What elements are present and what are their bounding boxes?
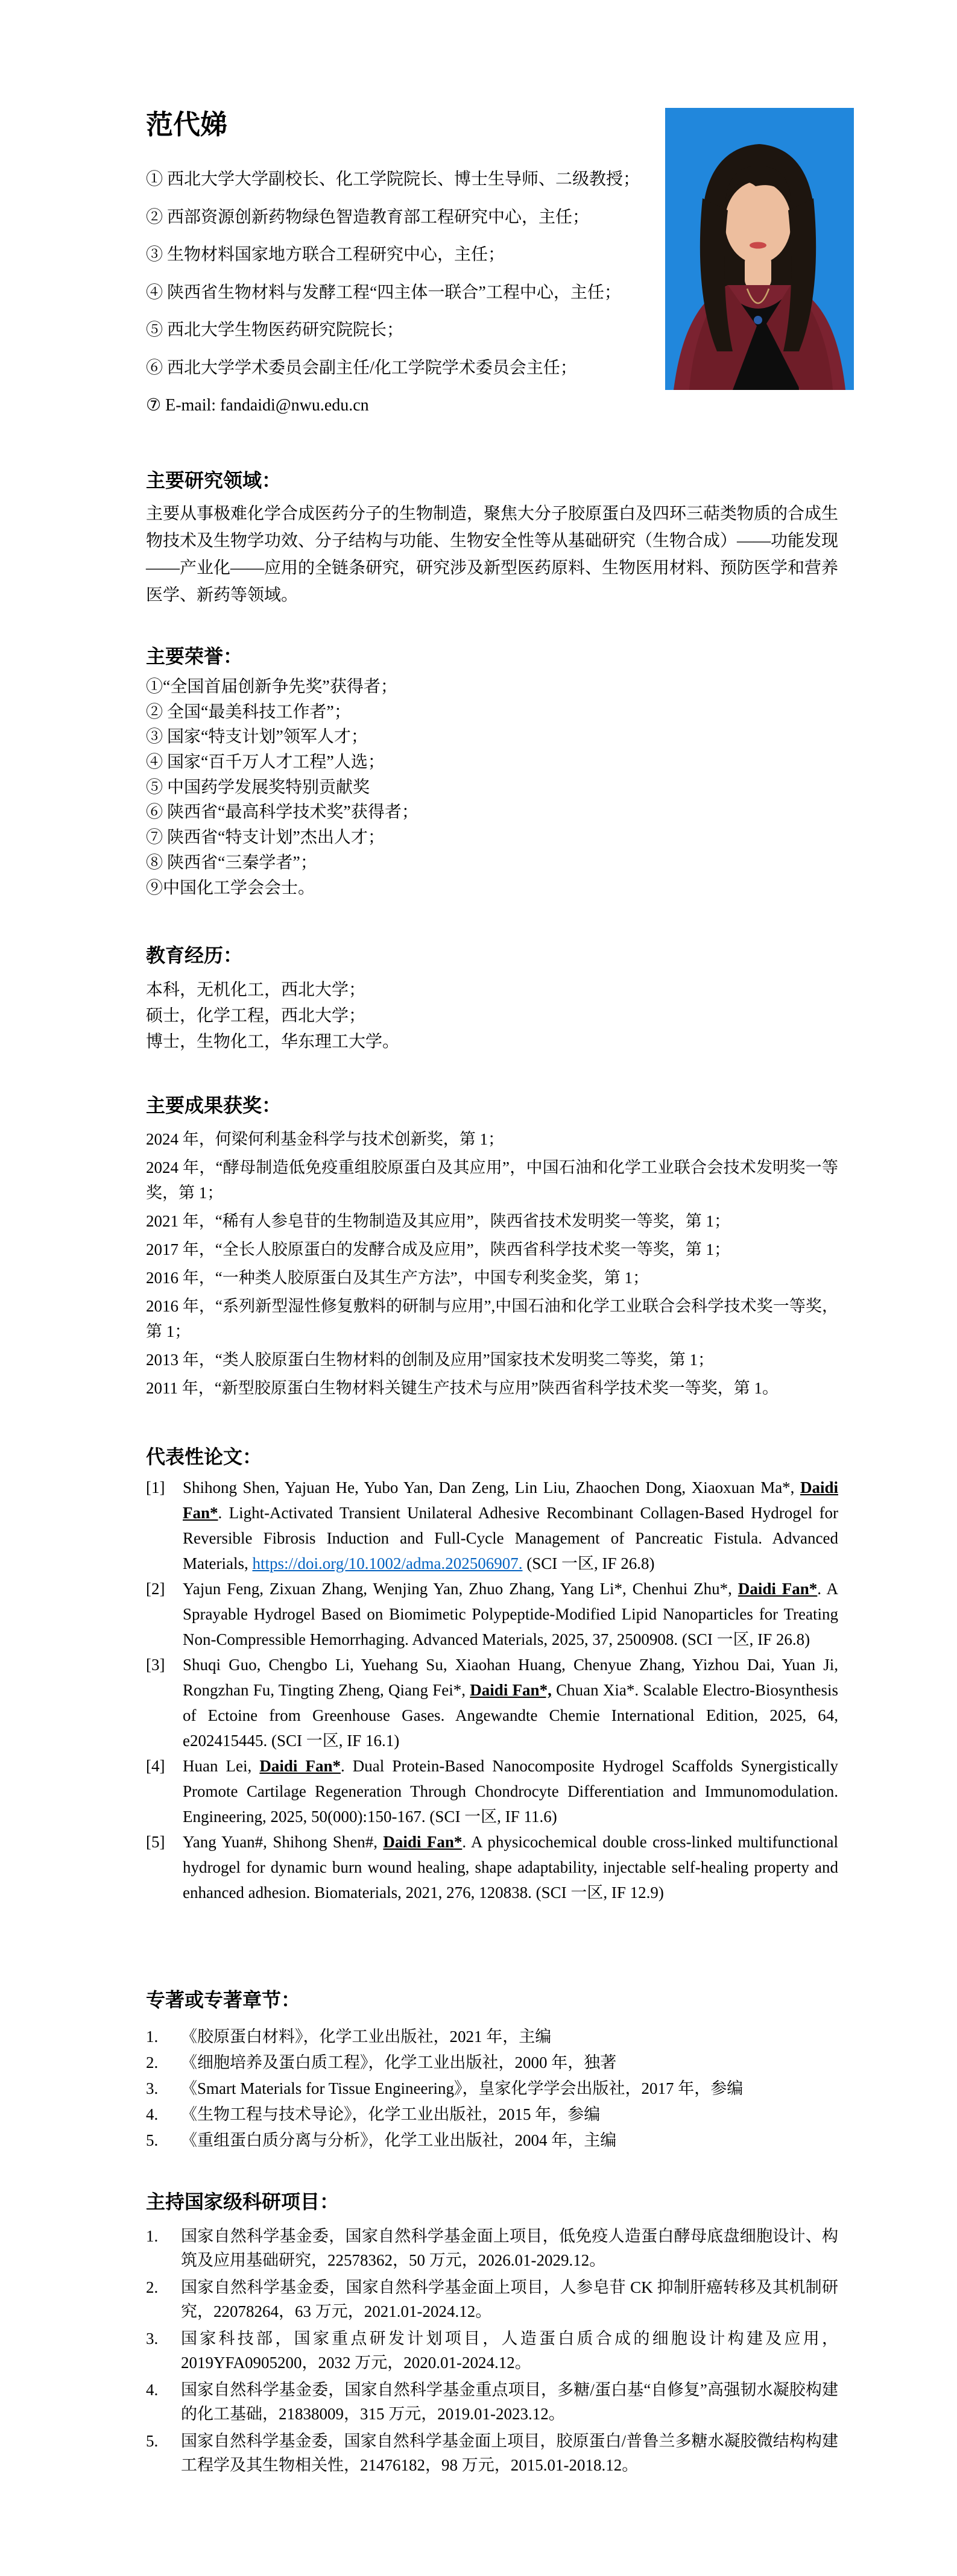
section-heading-research: 主要研究领域： [146, 470, 281, 492]
book-item: 1.《胶原蛋白材料》，化学工业出版社，2021 年，主编 [146, 2024, 870, 2050]
item-text: 国家自然科学基金委，国家自然科学基金面上项目，人参皂苷 CK 抑制肝癌转移及其机… [181, 2278, 838, 2320]
intro-item: ⑦ E-mail: fandaidi@nwu.edu.cn [146, 387, 689, 425]
item-number: 5. [146, 2128, 158, 2153]
item-text: 《胶原蛋白材料》，化学工业出版社，2021 年，主编 [181, 2028, 551, 2046]
intro-item: ② 西部资源创新药物绿色智造教育部工程研究中心，主任； [146, 199, 689, 237]
award-item: 2024 年，“酵母制造低免疫重组胶原蛋白及其应用”，中国石油和化学工业联合会技… [146, 1155, 838, 1205]
text-segment: Huan Lei, [183, 1757, 259, 1775]
item-text: 国家自然科学基金委，国家自然科学基金重点项目，多糖/蛋白基“自修复”高强韧水凝胶… [181, 2381, 838, 2423]
item-number: 1. [146, 2024, 158, 2050]
item-number: 2. [146, 2050, 158, 2076]
education-item: 硕士，化学工程，西北大学； [146, 1003, 838, 1029]
section-heading-projects: 主持国家级科研项目： [146, 2191, 339, 2213]
item-number: [3] [146, 1652, 165, 1677]
award-item: 2013 年，“类人胶原蛋白生物材料的创制及应用”国家技术发明奖二等奖，第 1； [146, 1347, 838, 1372]
item-text: 国家自然科学基金委，国家自然科学基金面上项目，低免疫人造蛋白酵母底盘细胞设计、构… [181, 2227, 838, 2269]
item-number: 3. [146, 2076, 158, 2102]
page-title: 范代娣 [146, 108, 227, 141]
award-item: 2024 年，何梁何利基金科学与技术创新奖，第 1； [146, 1126, 838, 1152]
honor-item: ⑥ 陕西省“最高科学技术奖”获得者； [146, 800, 838, 825]
honor-item: ⑨中国化工学会会士。 [146, 876, 838, 901]
intro-title-list: ① 西北大学大学副校长、化工学院院长、博士生导师、二级教授；② 西部资源创新药物… [146, 161, 689, 425]
item-text: 《生物工程与技术导论》，化学工业出版社，2015 年，参编 [181, 2105, 600, 2123]
section-heading-publications: 代表性论文： [146, 1446, 262, 1468]
item-number: [4] [146, 1753, 165, 1779]
publication-item: [2]Yajun Feng, Zixuan Zhang, Wenjing Yan… [146, 1576, 838, 1652]
publication-item: [5]Yang Yuan#, Shihong Shen#, Daidi Fan*… [146, 1829, 838, 1905]
doi-link[interactable]: https://doi.org/10.1002/adma.202506907. [252, 1554, 522, 1572]
author-daidi-fan: Daidi Fan*, [470, 1681, 552, 1699]
honor-item: ①“全国首届创新争先奖”获得者； [146, 674, 838, 700]
award-item: 2017 年，“全长人胶原蛋白的发酵合成及应用”，陕西省科学技术奖一等奖，第 1… [146, 1237, 838, 1262]
book-item: 3.《Smart Materials for Tissue Engineerin… [146, 2076, 870, 2102]
text-segment: Shihong Shen, Yajuan He, Yubo Yan, Dan Z… [183, 1478, 800, 1497]
author-daidi-fan: Daidi Fan* [738, 1580, 817, 1598]
award-item: 2021 年，“稀有人参皂苷的生物制造及其应用”，陕西省技术发明奖一等奖，第 1… [146, 1208, 838, 1234]
book-item: 2.《细胞培养及蛋白质工程》，化学工业出版社，2000 年，独著 [146, 2050, 870, 2076]
project-item: 1.国家自然科学基金委，国家自然科学基金面上项目，低免疫人造蛋白酵母底盘细胞设计… [146, 2224, 838, 2272]
item-text: 《重组蛋白质分离与分析》，化学工业出版社，2004 年，主编 [181, 2131, 616, 2149]
intro-item: ⑤ 西北大学生物医药研究院院长； [146, 312, 689, 350]
award-item: 2016 年，“一种类人胶原蛋白及其生产方法”，中国专利奖金奖，第 1； [146, 1265, 838, 1290]
projects-list: 1.国家自然科学基金委，国家自然科学基金面上项目，低免疫人造蛋白酵母底盘细胞设计… [146, 2224, 838, 2480]
education-list: 本科，无机化工，西北大学；硕士，化学工程，西北大学；博士，生物化工，华东理工大学… [146, 977, 838, 1055]
project-item: 5.国家自然科学基金委，国家自然科学基金面上项目，胶原蛋白/普鲁兰多糖水凝胶微结… [146, 2429, 838, 2477]
lips-shape [750, 242, 766, 249]
project-item: 2.国家自然科学基金委，国家自然科学基金面上项目，人参皂苷 CK 抑制肝癌转移及… [146, 2275, 838, 2323]
text-segment: (SCI 一区, IF 26.8) [522, 1554, 654, 1572]
section-heading-books: 专著或专著章节： [146, 1989, 300, 2011]
item-text: 国家自然科学基金委，国家自然科学基金面上项目，胶原蛋白/普鲁兰多糖水凝胶微结构构… [181, 2432, 838, 2474]
honors-list: ①“全国首届创新争先奖”获得者；② 全国“最美科技工作者”；③ 国家“特支计划”… [146, 674, 838, 900]
neck-shape [745, 254, 771, 289]
intro-item: ④ 陕西省生物材料与发酵工程“四主体一联合”工程中心，主任； [146, 274, 689, 312]
item-number: 3. [146, 2326, 158, 2351]
portrait-photo [665, 108, 854, 390]
item-number: 4. [146, 2378, 158, 2402]
section-heading-education: 教育经历： [146, 944, 242, 967]
honor-item: ⑦ 陕西省“特支计划”杰出人才； [146, 825, 838, 850]
honor-item: ② 全国“最美科技工作者”； [146, 700, 838, 725]
award-item: 2011 年，“新型胶原蛋白生物材料关键生产技术与应用”陕西省科学技术奖一等奖，… [146, 1375, 838, 1401]
item-text: 《Smart Materials for Tissue Engineering》… [181, 2079, 743, 2097]
honor-item: ⑤ 中国药学发展奖特别贡献奖 [146, 775, 838, 800]
item-number: [1] [146, 1475, 165, 1500]
education-item: 博士，生物化工，华东理工大学。 [146, 1029, 838, 1055]
item-text: 《细胞培养及蛋白质工程》，化学工业出版社，2000 年，独著 [181, 2053, 616, 2072]
publication-item: [4]Huan Lei, Daidi Fan*. Dual Protein-Ba… [146, 1753, 838, 1829]
cv-page: 范代娣 ① 西北大学大学副校长、化工学院院长、博士生导师、二级教授；② 西部资源… [0, 0, 957, 2576]
books-list: 1.《胶原蛋白材料》，化学工业出版社，2021 年，主编2.《细胞培养及蛋白质工… [146, 2024, 870, 2153]
intro-item: ① 西北大学大学副校长、化工学院院长、博士生导师、二级教授； [146, 161, 689, 199]
education-item: 本科，无机化工，西北大学； [146, 977, 838, 1003]
book-item: 5.《重组蛋白质分离与分析》，化学工业出版社，2004 年，主编 [146, 2128, 870, 2153]
honor-item: ③ 国家“特支计划”领军人才； [146, 724, 838, 750]
text-segment: Yajun Feng, Zixuan Zhang, Wenjing Yan, Z… [183, 1580, 738, 1598]
publication-item: [1]Shihong Shen, Yajuan He, Yubo Yan, Da… [146, 1475, 838, 1576]
honor-item: ⑧ 陕西省“三秦学者”； [146, 850, 838, 876]
text-segment: Yang Yuan#, Shihong Shen#, [183, 1833, 383, 1851]
item-text: 国家科技部，国家重点研发计划项目，人造蛋白质合成的细胞设计构建及应用，2019Y… [181, 2329, 838, 2372]
publication-item: [3]Shuqi Guo, Chengbo Li, Yuehang Su, Xi… [146, 1652, 838, 1753]
item-number: [5] [146, 1829, 165, 1855]
publications-list: [1]Shihong Shen, Yajuan He, Yubo Yan, Da… [146, 1475, 838, 1905]
section-heading-honors: 主要荣誉： [146, 646, 242, 668]
honor-item: ④ 国家“百千万人才工程”人选； [146, 750, 838, 775]
awards-list: 2024 年，何梁何利基金科学与技术创新奖，第 1；2024 年，“酵母制造低免… [146, 1126, 838, 1404]
book-item: 4.《生物工程与技术导论》，化学工业出版社，2015 年，参编 [146, 2102, 870, 2128]
face-shape [725, 181, 791, 263]
section-heading-awards: 主要成果获奖： [146, 1095, 281, 1117]
item-number: 2. [146, 2275, 158, 2299]
item-number: 4. [146, 2102, 158, 2128]
research-paragraph: 主要从事极难化学合成医药分子的生物制造，聚焦大分子胶原蛋白及四环三萜类物质的合成… [146, 500, 838, 609]
award-item: 2016 年，“系列新型湿性修复敷料的研制与应用”,中国石油和化学工业联合会科学… [146, 1293, 838, 1344]
item-number: 5. [146, 2429, 158, 2453]
item-number: 1. [146, 2224, 158, 2248]
author-daidi-fan: Daidi Fan* [383, 1833, 462, 1851]
intro-item: ⑥ 西北大学学术委员会副主任/化工学院学术委员会主任； [146, 350, 689, 388]
necklace-pendant [754, 316, 762, 324]
author-daidi-fan: Daidi Fan* [259, 1757, 341, 1775]
item-number: [2] [146, 1576, 165, 1601]
project-item: 4.国家自然科学基金委，国家自然科学基金重点项目，多糖/蛋白基“自修复”高强韧水… [146, 2378, 838, 2426]
project-item: 3.国家科技部，国家重点研发计划项目，人造蛋白质合成的细胞设计构建及应用，201… [146, 2326, 838, 2375]
intro-item: ③ 生物材料国家地方联合工程研究中心，主任； [146, 236, 689, 274]
